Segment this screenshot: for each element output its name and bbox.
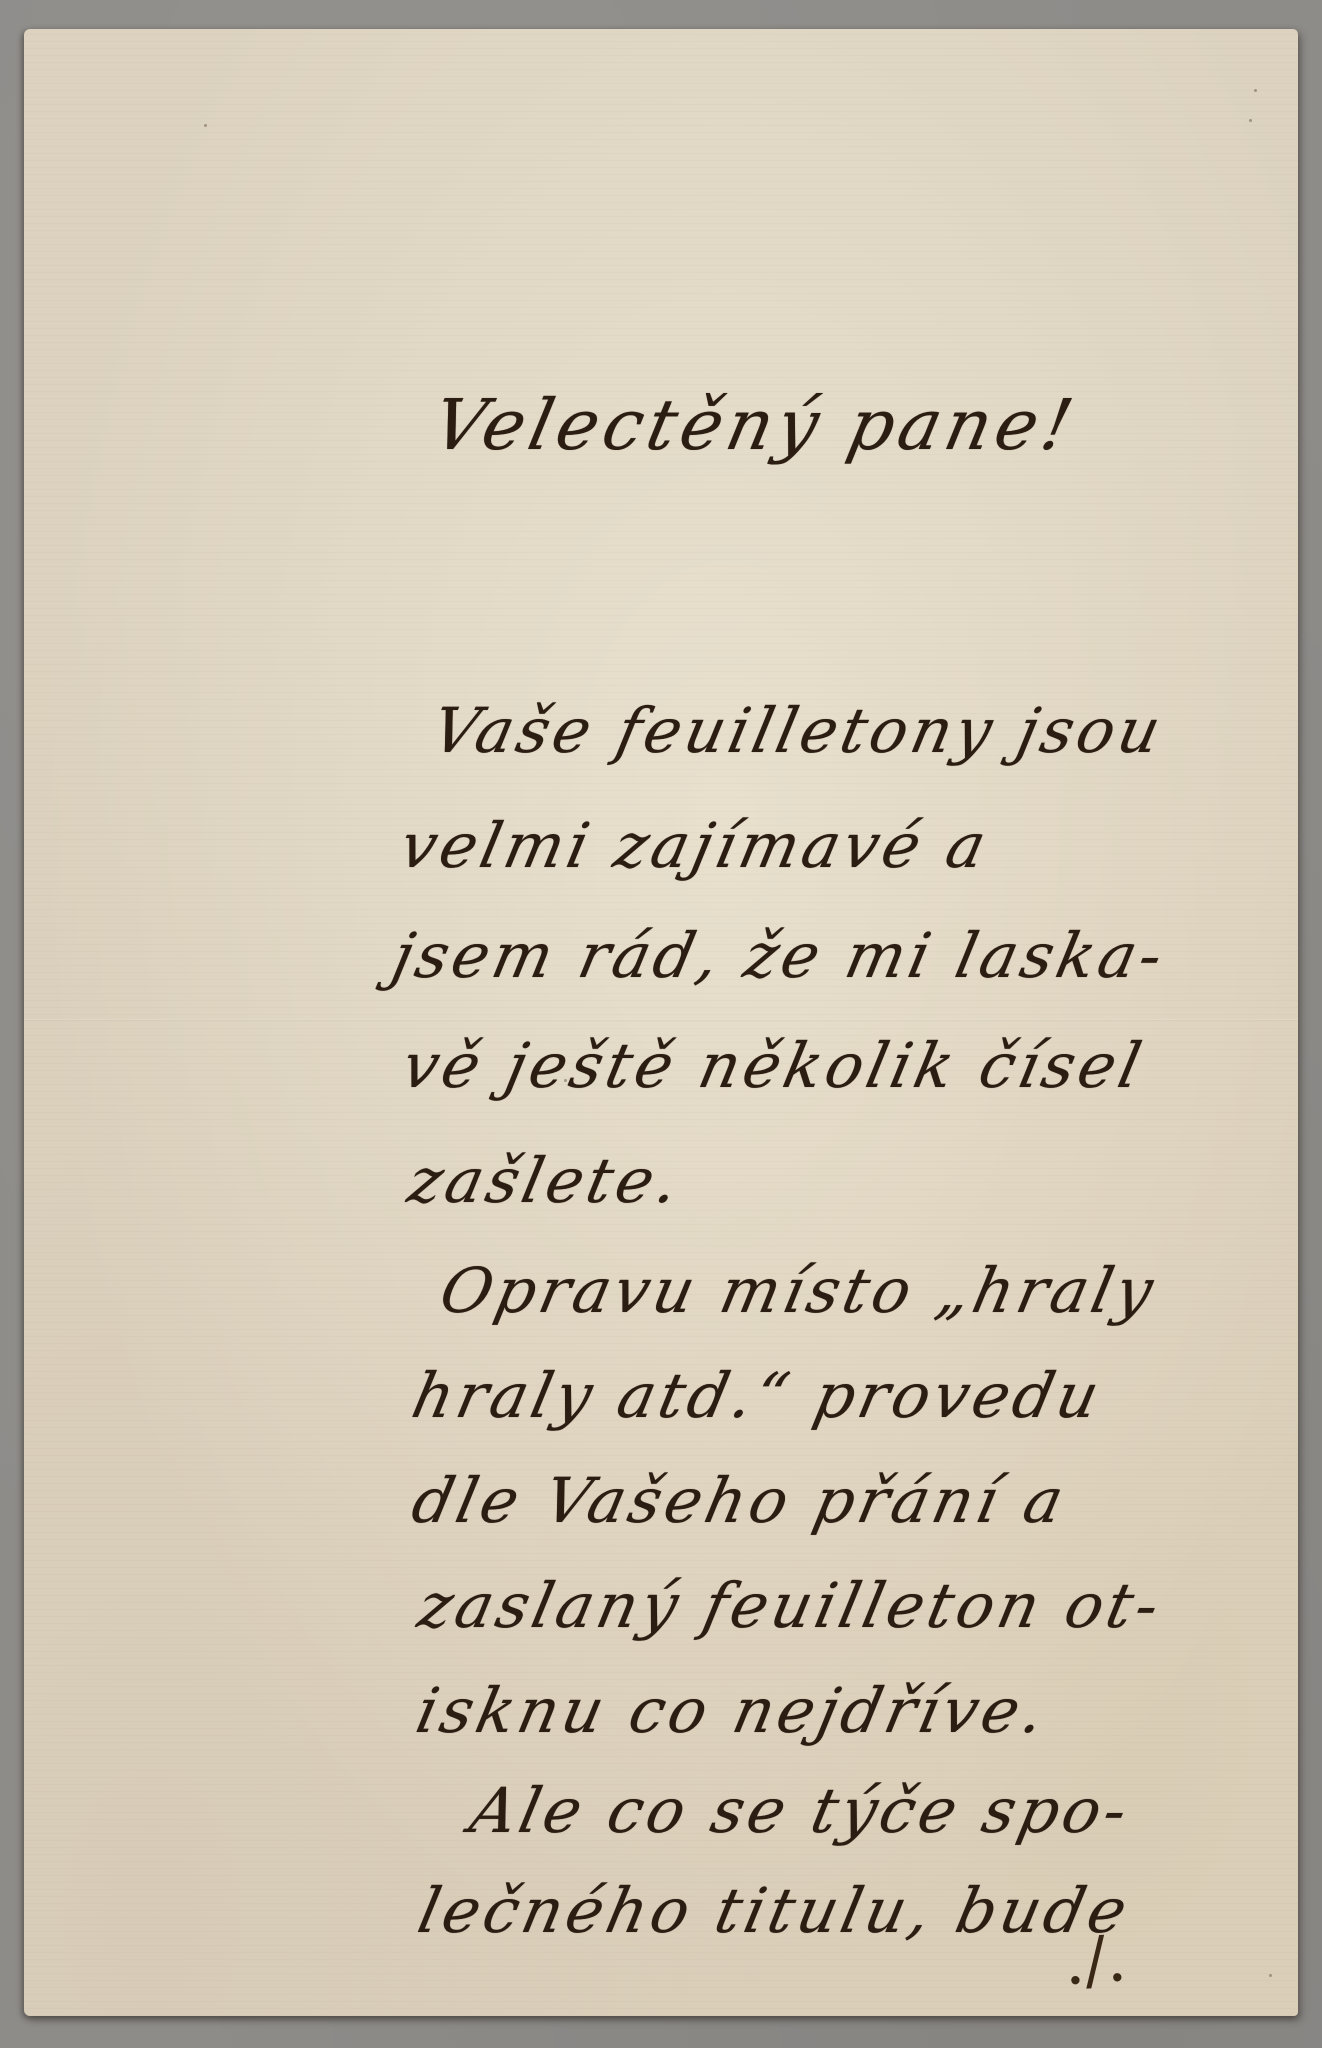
letter-line: isknu co nejdříve.	[410, 1674, 1055, 1747]
letter-greeting: Velectěný pane!	[426, 384, 1085, 466]
letter-line: Ale co se týče spo-	[464, 1774, 1137, 1847]
letter-line: vě ještě několik čísel	[396, 1029, 1151, 1102]
letter-line: Opravu místo „hraly	[434, 1254, 1163, 1327]
paper-speck	[1249, 119, 1252, 122]
letter-line: lečného titulu, bude	[412, 1874, 1137, 1947]
page-continuation-mark: ./.	[1061, 1922, 1128, 2000]
letter-line: zaslaný feuilleton ot-	[412, 1569, 1169, 1642]
paper-speck	[1254, 89, 1257, 92]
letter-line: jsem rád, že mi laska-	[386, 919, 1173, 992]
scan-mount-background: Velectěný pane! Vaše feuilletony jsou ve…	[0, 0, 1322, 2048]
letter-line: velmi zajímavé a	[394, 809, 996, 882]
letter-paper: Velectěný pane! Vaše feuilletony jsou ve…	[24, 29, 1298, 2016]
letter-line: zašlete.	[402, 1144, 689, 1217]
paper-speck	[1269, 1974, 1272, 1977]
letter-line: hraly atd.“ provedu	[406, 1359, 1109, 1432]
paper-fold-line	[24, 1019, 1298, 1022]
paper-speck	[204, 124, 207, 127]
letter-line: dle Vašeho přání a	[406, 1464, 1074, 1537]
letter-line: Vaše feuilletony jsou	[426, 694, 1171, 767]
